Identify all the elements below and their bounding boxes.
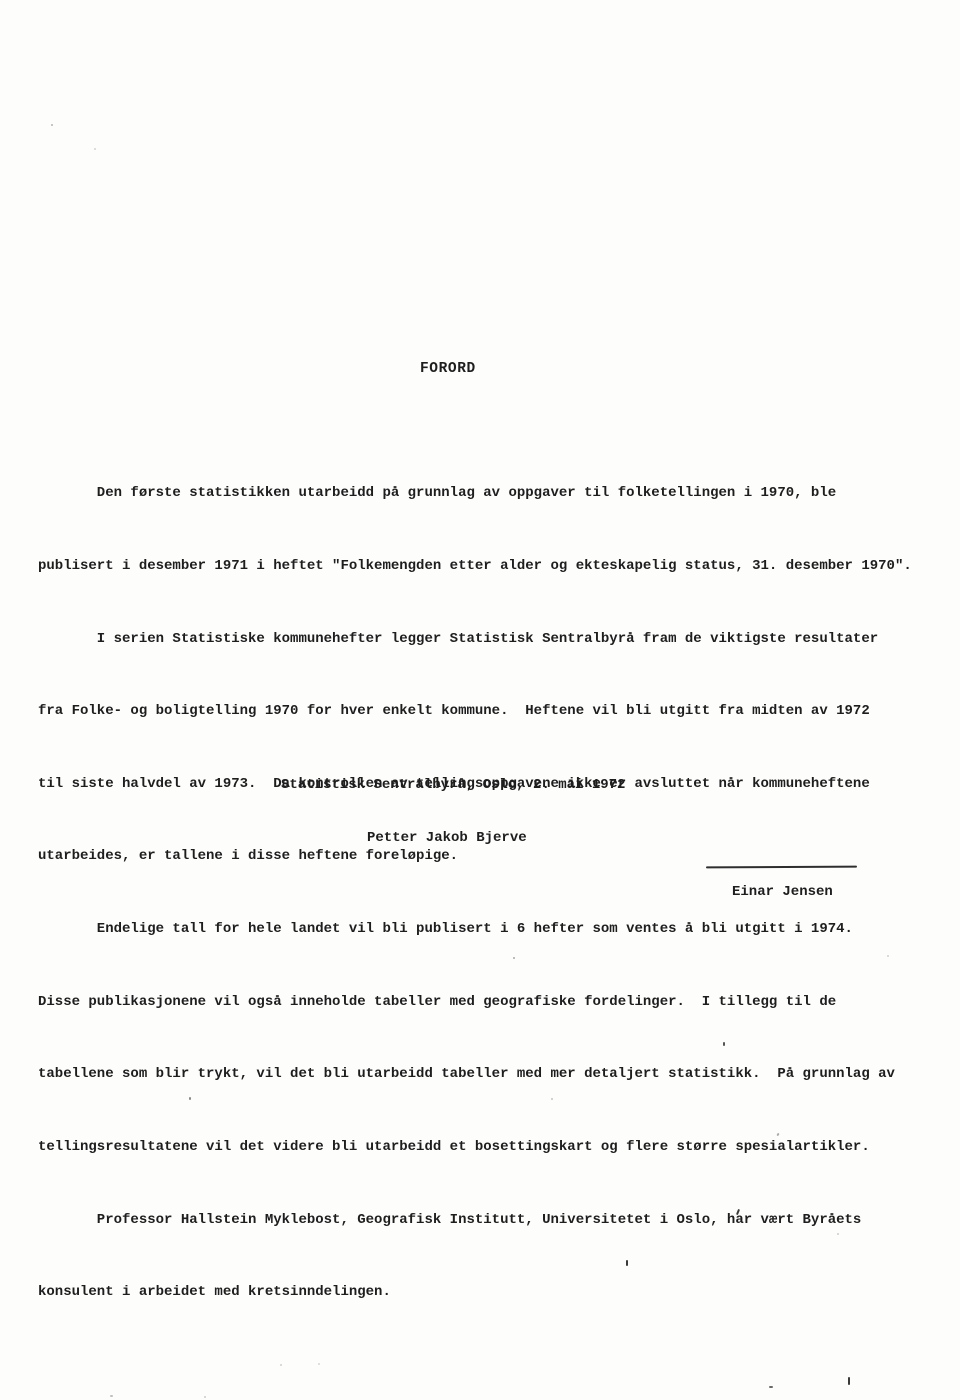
scan-speck (280, 1364, 282, 1366)
scan-speck (887, 955, 889, 957)
scan-speck (110, 1395, 113, 1397)
scan-speck (94, 148, 96, 150)
dateline: Statistisk Sentralbyrå, Oslo, 2. mai 197… (281, 777, 625, 793)
text-line: konsulent i arbeidet med kretsinndelinge… (38, 1280, 912, 1304)
cosigner-name: Einar Jensen (732, 884, 833, 900)
signer-name: Petter Jakob Bjerve (367, 830, 527, 846)
text-line: tabellene som blir trykt, vil det bli ut… (38, 1062, 912, 1086)
scan-speck (626, 1260, 628, 1266)
text-line: publisert i desember 1971 i heftet "Folk… (38, 554, 912, 578)
scan-speck (769, 1386, 773, 1388)
text-line: fra Folke- og boligtelling 1970 for hver… (38, 699, 912, 723)
scan-speck (204, 1396, 206, 1398)
document-title: FORORD (420, 361, 476, 377)
text-line: Professor Hallstein Myklebost, Geografis… (38, 1208, 912, 1232)
text-line: Den første statistikken utarbeidd på gru… (38, 481, 912, 505)
scan-speck (189, 1097, 191, 1100)
scan-speck (837, 1233, 839, 1235)
document-page: FORORD Den første statistikken utarbeidd… (0, 0, 960, 1400)
text-line: Disse publikasjonene vil også inneholde … (38, 990, 912, 1014)
scan-speck (723, 1042, 725, 1046)
scan-speck (551, 1098, 553, 1100)
scan-speck (318, 1363, 320, 1365)
text-line: tellingsresultatene vil det videre bli u… (38, 1135, 912, 1159)
scan-speck (51, 124, 53, 126)
text-line: Endelige tall for hele landet vil bli pu… (38, 917, 912, 941)
scan-speck (513, 957, 515, 959)
scan-speck (848, 1377, 850, 1385)
text-line: I serien Statistiske kommunehefter legge… (38, 627, 912, 651)
